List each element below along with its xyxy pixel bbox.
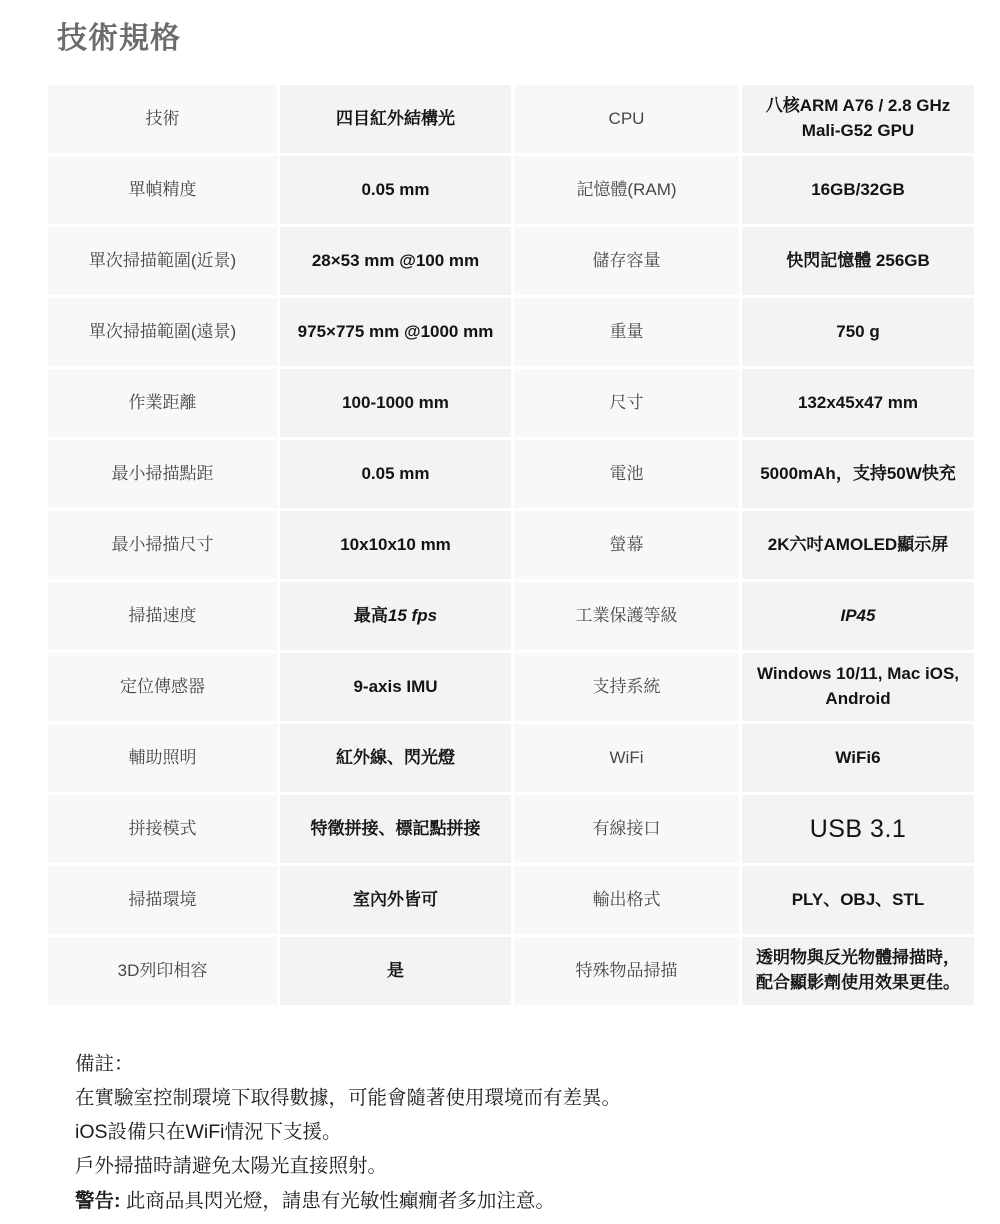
spec-value-text: 透明物與反光物體掃描時，配合顯影劑使用效果更佳。 (750, 946, 966, 995)
spec-label-left: 單幀精度 (48, 156, 277, 224)
spec-value-text: 0.05 mm (361, 462, 429, 487)
spec-label-right: 特殊物品掃描 (514, 937, 739, 1005)
spec-value-text: WiFi6 (835, 746, 880, 771)
spec-value-right: USB 3.1 (742, 795, 974, 863)
note-line: 在實驗室控制環境下取得數據，可能會隨著使用環境而有差異。 (75, 1081, 940, 1115)
spec-value-text: 132x45x47 mm (798, 391, 918, 416)
spec-value-right: 2K六吋AMOLED顯示屏 (742, 511, 974, 579)
spec-value-right: IP45 (742, 582, 974, 650)
spec-label-left: 單次掃描範圍(遠景) (48, 298, 277, 366)
spec-label-right: 有線接口 (514, 795, 739, 863)
spec-value-text: 特徵拼接、標記點拼接 (311, 817, 481, 842)
warning-label: 警告: (75, 1190, 121, 1212)
spec-label-left: 掃描環境 (48, 866, 277, 934)
note-lines: 在實驗室控制環境下取得數據，可能會隨著使用環境而有差異。iOS設備只在WiFi情… (75, 1081, 940, 1183)
spec-value-text: 9-axis IMU (353, 675, 437, 700)
spec-value-right: 八核ARM A76 / 2.8 GHz Mali-G52 GPU (742, 85, 974, 153)
spec-label-left: 掃描速度 (48, 582, 277, 650)
spec-value-text: 四目紅外結構光 (336, 107, 455, 132)
note-line: iOS設備只在WiFi情況下支援。 (75, 1115, 940, 1149)
spec-value-text: 是 (387, 959, 404, 984)
spec-value-text: USB 3.1 (810, 811, 907, 847)
spec-value-text: 28×53 mm @100 mm (312, 249, 479, 274)
spec-value-left: 975×775 mm @1000 mm (280, 298, 511, 366)
spec-value-text: 10x10x10 mm (340, 533, 451, 558)
spec-label-left: 輔助照明 (48, 724, 277, 792)
spec-value-text: 15 fps (388, 604, 437, 629)
spec-value-text: 975×775 mm @1000 mm (298, 320, 494, 345)
spec-page: 技術規格 技術四目紅外結構光CPU八核ARM A76 / 2.8 GHz Mal… (0, 0, 1000, 1224)
spec-value-right: 透明物與反光物體掃描時，配合顯影劑使用效果更佳。 (742, 937, 974, 1005)
spec-value-text: IP45 (841, 604, 876, 629)
warning-text: 此商品具閃光燈，請患有光敏性癲癇者多加注意。 (126, 1190, 555, 1212)
spec-label-right: 重量 (514, 298, 739, 366)
spec-label-left: 定位傳感器 (48, 653, 277, 721)
spec-value-text: 2K六吋AMOLED顯示屏 (768, 533, 948, 558)
spec-value-text: 0.05 mm (361, 178, 429, 203)
warning-line: 警告: 此商品具閃光燈，請患有光敏性癲癇者多加注意。 (75, 1184, 940, 1218)
spec-value-right: WiFi6 (742, 724, 974, 792)
note-line: 戶外掃描時請避免太陽光直接照射。 (75, 1149, 940, 1183)
spec-table: 技術四目紅外結構光CPU八核ARM A76 / 2.8 GHz Mali-G52… (48, 85, 965, 1005)
spec-value-text: 750 g (836, 320, 879, 345)
spec-value-left: 28×53 mm @100 mm (280, 227, 511, 295)
spec-value-left: 特徵拼接、標記點拼接 (280, 795, 511, 863)
spec-value-text: 最高 (354, 604, 388, 629)
spec-value-text: 100-1000 mm (342, 391, 449, 416)
spec-value-right: 快閃記憶體 256GB (742, 227, 974, 295)
spec-label-left: 3D列印相容 (48, 937, 277, 1005)
spec-label-right: 螢幕 (514, 511, 739, 579)
spec-value-text: 5000mAh，支持50W快充 (760, 462, 956, 487)
spec-value-left: 0.05 mm (280, 156, 511, 224)
spec-label-right: 記憶體(RAM) (514, 156, 739, 224)
spec-value-text: 室內外皆可 (353, 888, 438, 913)
spec-value-text: 八核ARM A76 / 2.8 GHz Mali-G52 GPU (750, 94, 966, 143)
spec-label-left: 最小掃描尺寸 (48, 511, 277, 579)
spec-label-left: 作業距離 (48, 369, 277, 437)
spec-label-right: WiFi (514, 724, 739, 792)
spec-value-right: 132x45x47 mm (742, 369, 974, 437)
spec-value-left: 室內外皆可 (280, 866, 511, 934)
spec-value-right: 5000mAh，支持50W快充 (742, 440, 974, 508)
spec-value-left: 10x10x10 mm (280, 511, 511, 579)
notes-section: 備註： 在實驗室控制環境下取得數據，可能會隨著使用環境而有差異。iOS設備只在W… (75, 1047, 940, 1218)
spec-value-left: 100-1000 mm (280, 369, 511, 437)
spec-label-right: 工業保護等級 (514, 582, 739, 650)
spec-label-left: 技術 (48, 85, 277, 153)
spec-value-left: 是 (280, 937, 511, 1005)
spec-value-text: 16GB/32GB (811, 178, 905, 203)
spec-value-right: Windows 10/11, Mac iOS, Android (742, 653, 974, 721)
spec-value-left: 0.05 mm (280, 440, 511, 508)
spec-value-left: 紅外線、閃光燈 (280, 724, 511, 792)
spec-label-right: 支持系統 (514, 653, 739, 721)
spec-value-text: Windows 10/11, Mac iOS, Android (750, 662, 966, 711)
notes-heading: 備註： (75, 1047, 940, 1081)
spec-label-right: 電池 (514, 440, 739, 508)
spec-label-right: 輸出格式 (514, 866, 739, 934)
spec-label-left: 最小掃描點距 (48, 440, 277, 508)
spec-value-text: PLY、OBJ、STL (792, 888, 925, 913)
spec-value-text: 快閃記憶體 256GB (786, 249, 930, 274)
spec-label-right: 尺寸 (514, 369, 739, 437)
spec-label-right: CPU (514, 85, 739, 153)
spec-value-right: 16GB/32GB (742, 156, 974, 224)
spec-label-right: 儲存容量 (514, 227, 739, 295)
spec-label-left: 拼接模式 (48, 795, 277, 863)
spec-label-left: 單次掃描範圍(近景) (48, 227, 277, 295)
spec-value-text: 紅外線、閃光燈 (336, 746, 455, 771)
spec-value-right: PLY、OBJ、STL (742, 866, 974, 934)
spec-value-left: 最高 15 fps (280, 582, 511, 650)
page-title: 技術規格 (57, 22, 1000, 55)
spec-value-right: 750 g (742, 298, 974, 366)
spec-value-left: 四目紅外結構光 (280, 85, 511, 153)
spec-value-left: 9-axis IMU (280, 653, 511, 721)
